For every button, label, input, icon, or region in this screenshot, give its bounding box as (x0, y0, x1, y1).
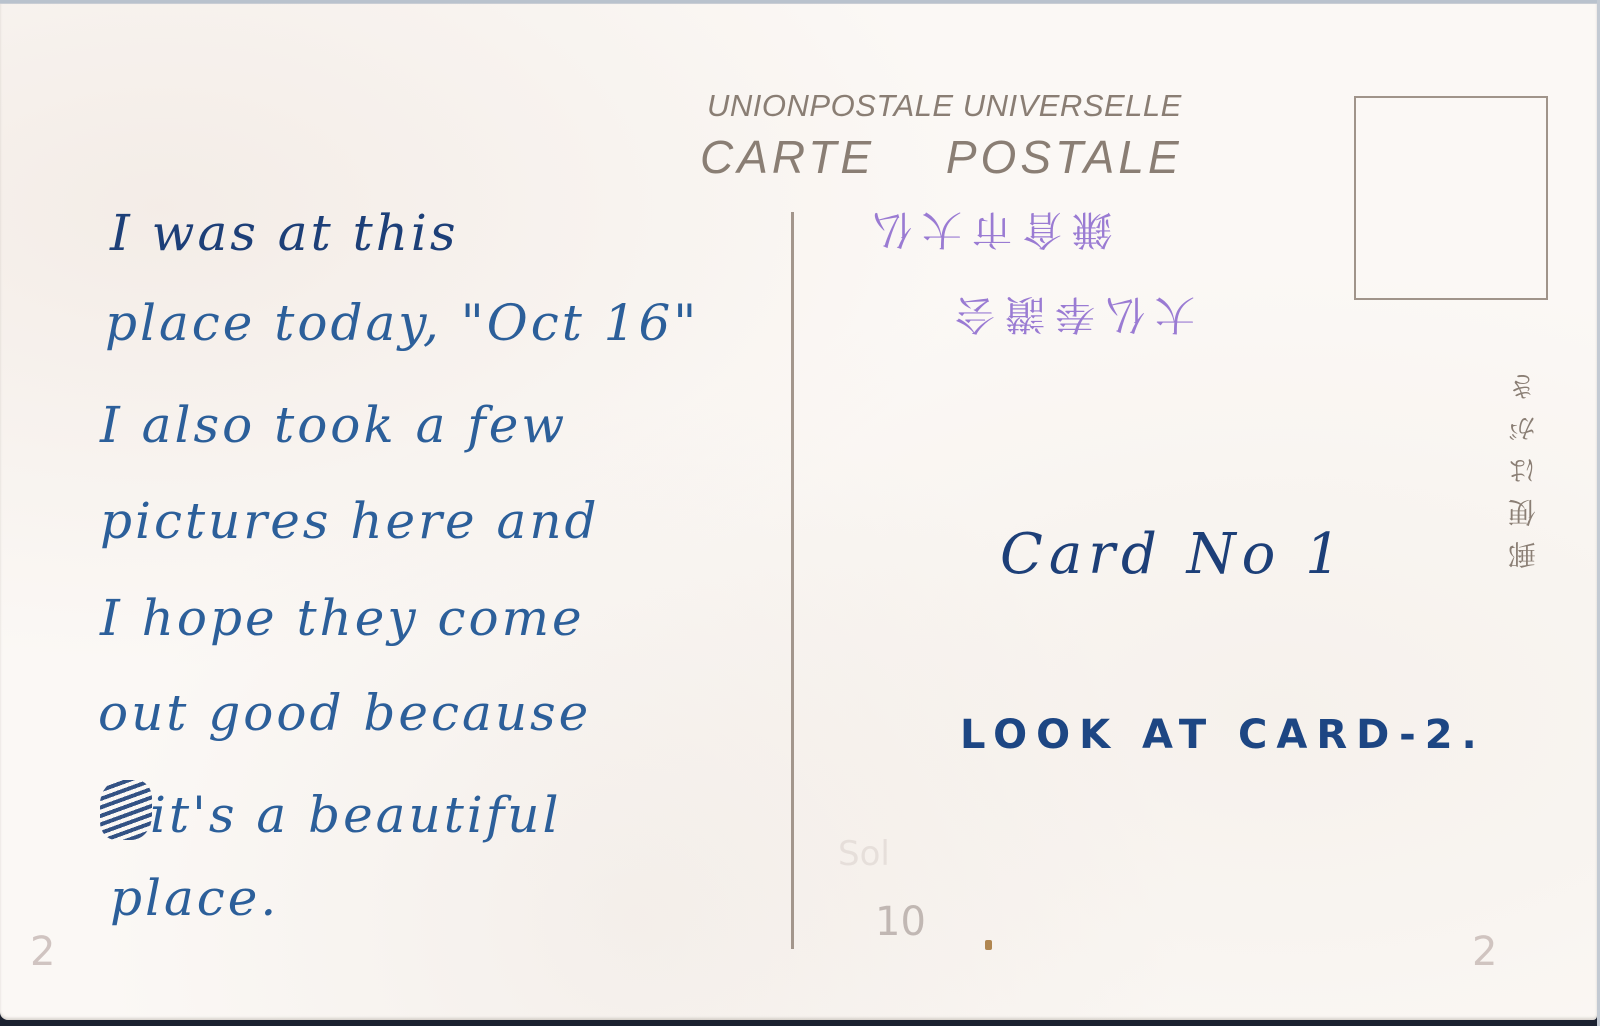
center-divider-line (791, 212, 794, 949)
message-line-4: pictures here and (100, 492, 600, 550)
message-line-5: I hope they come (100, 589, 585, 647)
message-line-7: it's a beautiful (150, 786, 561, 844)
pencil-mark-bottom-right: 2 (1472, 929, 1497, 975)
upu-header: UNIONPOSTALE UNIVERSELLE (707, 88, 1182, 124)
look-at-card-note: LOOK AT CARD-2. (960, 712, 1486, 758)
purple-ink-stamp-line-2: 大仏奉讃会 (945, 289, 1195, 346)
card-number-note: Card No 1 (1000, 522, 1347, 587)
message-line-1: I was at this (110, 204, 459, 262)
message-line-2: place today, "Oct 16" (105, 294, 699, 352)
vertical-postcard-label: 郵便はがき (1504, 359, 1548, 569)
message-line-3: I also took a few (100, 396, 567, 454)
ink-scribble-mark (100, 780, 152, 840)
paper-stain-speck (985, 940, 992, 950)
carte-postale-title: CARTE POSTALE (700, 130, 1183, 184)
pencil-mark-faint: Sol (838, 834, 890, 874)
message-line-8: place. (110, 869, 279, 927)
message-line-6: out good because (98, 684, 591, 742)
pencil-mark-bottom-middle: 10 (875, 899, 926, 945)
purple-ink-stamp-line-1: 鎌倉市大仏 (862, 204, 1112, 261)
stamp-placement-box (1354, 96, 1548, 300)
pencil-mark-bottom-left: 2 (30, 929, 55, 975)
postcard-back: UNIONPOSTALE UNIVERSELLE CARTE POSTALE 郵… (0, 3, 1597, 1020)
